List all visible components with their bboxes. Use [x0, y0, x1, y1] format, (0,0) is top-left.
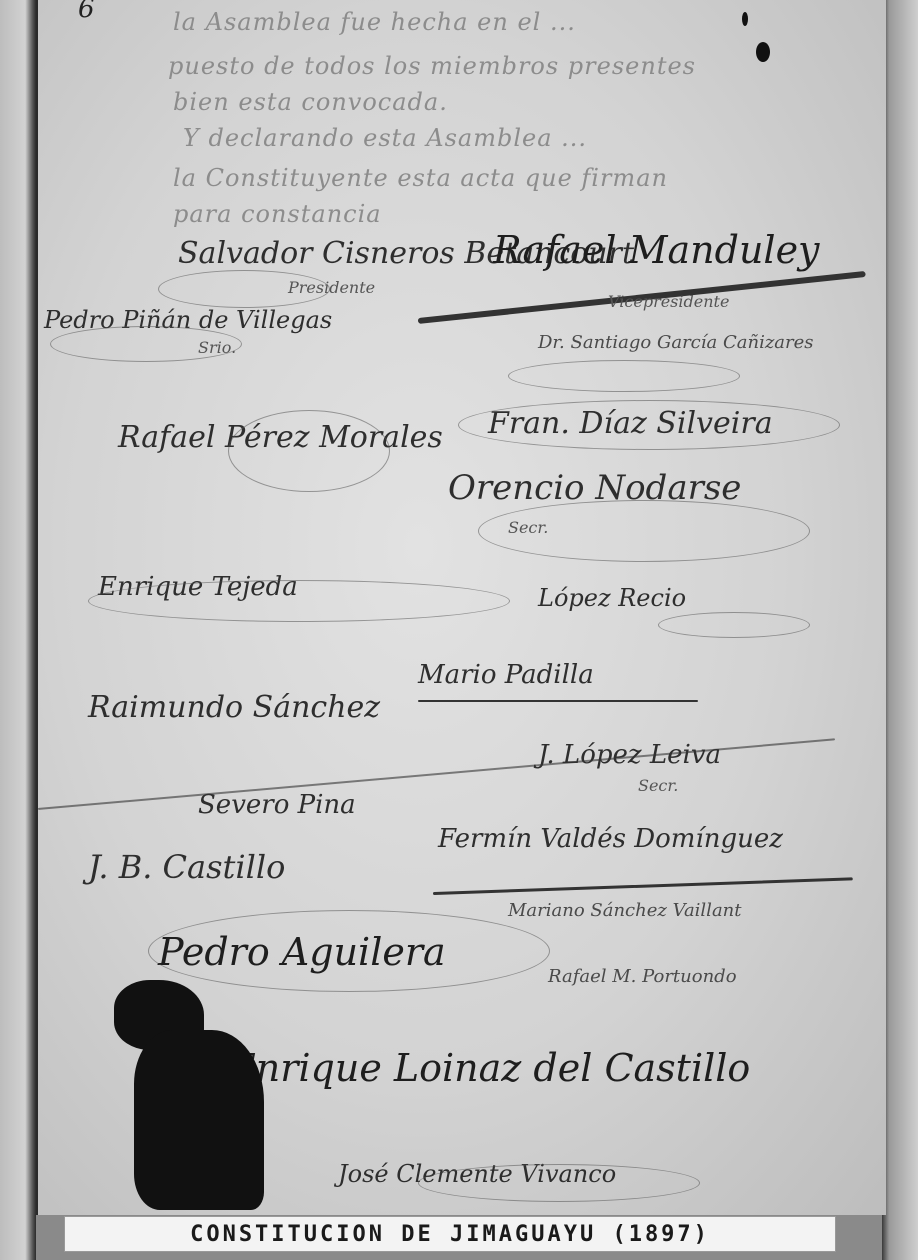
body-line: Y declarando esta Asamblea ...	[183, 124, 587, 152]
page-number: 6	[78, 0, 95, 24]
flourish	[478, 500, 810, 562]
flourish	[50, 326, 242, 362]
divider-stroke	[38, 738, 835, 809]
body-line: la Asamblea fue hecha en el ...	[173, 8, 576, 36]
signature: Enrique Loinaz del Castillo	[228, 1046, 750, 1090]
signature: López Recio	[538, 584, 686, 612]
photo-frame-right	[882, 0, 918, 1260]
body-line: para constancia	[173, 200, 382, 228]
body-line: la Constituyente esta acta que firman	[173, 164, 668, 192]
signature: J. B. Castillo	[88, 848, 285, 886]
signature: Raimundo Sánchez	[88, 690, 380, 725]
signature: Rafael M. Portuondo	[548, 966, 737, 987]
signature: J. López Leiva	[538, 740, 721, 770]
flourish	[658, 612, 810, 638]
flourish	[88, 580, 510, 622]
ink-stain	[134, 1030, 264, 1210]
signature-title: Secr.	[638, 776, 678, 795]
signature-underline	[433, 877, 853, 895]
signature: Mariano Sánchez Vaillant	[508, 900, 742, 921]
photo-caption: CONSTITUCION DE JIMAGUAYU (1897)	[64, 1216, 836, 1252]
flourish	[508, 360, 740, 392]
signature: Mario Padilla	[418, 660, 594, 690]
flourish	[458, 400, 840, 450]
ink-spot	[756, 42, 770, 62]
signature-underline	[418, 700, 698, 702]
photo-frame-left	[0, 0, 36, 1260]
flourish	[228, 410, 390, 492]
signature: Dr. Santiago García Cañizares	[538, 332, 814, 353]
flourish	[418, 1164, 700, 1202]
signature: Severo Pina	[198, 790, 356, 820]
body-line: bien esta convocada.	[173, 88, 448, 116]
document-page: 6 la Asamblea fue hecha en el ... puesto…	[36, 0, 886, 1215]
ink-spot	[742, 12, 748, 26]
signature: Fermín Valdés Domínguez	[438, 824, 783, 854]
flourish	[148, 910, 550, 992]
body-line: puesto de todos los miembros presentes	[168, 52, 696, 80]
flourish	[158, 270, 330, 308]
signature: Rafael Manduley	[493, 228, 820, 272]
signature-title: Vicepresidente	[608, 292, 729, 311]
